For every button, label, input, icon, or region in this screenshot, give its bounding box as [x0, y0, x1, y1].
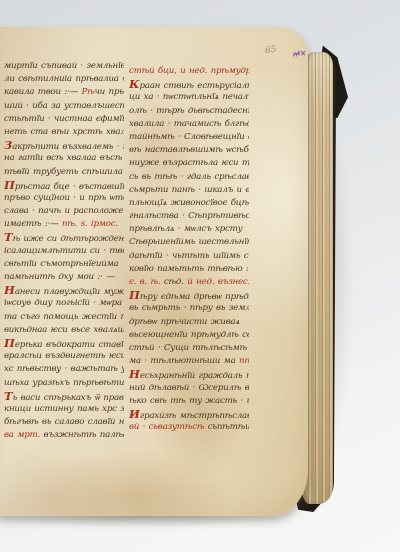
manuscript-page: 65 миртїи съпивай · земльнїе жели свѣтил… — [0, 27, 308, 516]
manuscript-text-line: вй · сьвазутѣсѣ сьпѣтѣщущїи :· — [129, 421, 249, 434]
manuscript-text-line: вралсѣи въздвигнетѣ ѥси · й тѣ — [4, 350, 124, 363]
manuscript-text-line: стьѣтїи · чистнаа єфимїй · ви — [4, 113, 124, 126]
manuscript-text-line: є. в. ѣ. сѣд. й нед. възнес. стр. — [129, 276, 249, 289]
manuscript-text-line: пльющїѧ живоносївоє бцѣ — [129, 197, 249, 210]
body-text: пръво сущїнои · и прѣ ѡтстани — [4, 193, 124, 203]
manuscript-text-line: стѣй бци, и нед. прѣмудро :· — [129, 65, 249, 78]
manuscript-text-line: Краан ствиѣ естьрусіалѣ ѡбра — [129, 78, 249, 91]
body-text: ерѣка въдократи ставїи · ни — [15, 340, 124, 350]
manuscript-text-line: стѣй · Сущи тѣлѣсѣмѣ ха — [129, 342, 249, 355]
body-text: ь васи спѣрькахъ ѿ правѣ — [13, 393, 124, 403]
manuscript-text-line: Ть васи спѣрькахъ ѿ правѣ — [4, 390, 124, 403]
body-text: сьпѣтѣщущїи :· — [204, 422, 249, 432]
body-text: викѣднаа ѥси вьсе хвалѧщаа : — [4, 325, 124, 335]
manuscript-text-line: вьсеющненїи прѣмудлѣ сему — [129, 329, 249, 342]
manuscript-text-line: ва мрт. възжнѣтѣ палѣсѣть. — [4, 429, 124, 442]
body-text: хс пѣвьству · важѣтаѣ упѣ — [4, 364, 124, 374]
rubric-initial: К — [129, 78, 139, 91]
body-text: ѣко свѣ тѣ ту жасть · ицѣ — [129, 396, 249, 406]
text-column-right: стѣй бци, и нед. прѣмудро :·Краан ствиѣ … — [129, 60, 249, 442]
body-text: вь сьмрьть · пѣру вь землѣи — [129, 303, 249, 313]
manuscript-text-line: Закрѣпити възхвалемь · прѣкрас — [4, 139, 124, 152]
body-text: стѣй · Сущи тѣлѣсѣмѣ ха — [129, 343, 249, 353]
body-text: ниуже възрастѣла ѥси тѣла — [129, 158, 249, 168]
body-text: іѡсоуѳ дшу погьісїй · мѡра — [4, 298, 122, 308]
manuscript-text-line: на гатїи всѣ хвалаа въсѣ сръдца — [4, 152, 124, 165]
rubric-text: є. в. ѣ. — [129, 277, 164, 287]
body-text: кавила твои :·— — [4, 87, 82, 97]
manuscript-text-line: тайнѣмѣ · Словѣвещнїи ста — [129, 131, 249, 144]
body-text: възжнѣтѣ палѣсѣть. — [40, 430, 124, 440]
rubric-initial: Т — [4, 390, 13, 403]
manuscript-text-line: хс пѣвьству · важѣтаѣ упѣ — [4, 363, 124, 376]
manuscript-text-line: Играхйзѣ мѣстрѣпѣславѣ и — [129, 408, 249, 421]
body-text: ма · тѣлѣютнѣши ма — [129, 356, 239, 366]
body-text: на гатїи всѣ хвалаа въсѣ сръдца — [4, 153, 124, 163]
body-text: вѣ наставлѣвшимѣ ѡсѣба · ал — [129, 145, 249, 155]
rubric-initial: П — [129, 289, 140, 302]
body-text: гналѣства · Сѣпрѣтивѣстѣщу — [129, 211, 249, 221]
body-text: сь вь тѣѣ · гдаль срѣславѣ исти — [129, 172, 249, 182]
purple-ink-mark — [292, 48, 307, 59]
manuscript-text-line: викѣднаа ѥси вьсе хвалѧщаа : — [4, 324, 124, 337]
rubric-text: ва мрт. — [4, 430, 40, 440]
body-text: Сѣврьшенїймь шествльнїѥ — [129, 237, 249, 247]
body-text: ли свѣтилниіа прѣвалиа ѿ тро — [4, 74, 124, 84]
body-text: раан ствиѣ естьрусіалѣ ѡбра — [139, 81, 249, 91]
manuscript-text-line: ний дѣлавѣй · Ѡсерилѣ всїй — [129, 382, 249, 395]
rubric-text: пѣ. д. ірмо. — [239, 356, 249, 366]
manuscript-text-line: дрѣвѡ прѣчисти живаѧ — [129, 316, 249, 329]
manuscript-text-line: Пѣру єдѣма дрѣвѡ прѣда — [129, 289, 249, 302]
manuscript-text-line: бѣгъвѣ вь салаво славїй неи — [4, 416, 124, 429]
manuscript-text-line: слава · пачѣ и расположеномъ сї — [4, 205, 124, 218]
manuscript-text-line: та съго помощь жестїи пла — [4, 311, 124, 324]
body-text: грахйзѣ мѣстрѣпѣславѣ и — [140, 411, 249, 421]
rubric-initial: Н — [129, 368, 140, 381]
body-text: та съго помощь жестїи пла — [4, 312, 124, 322]
body-text: вьсеющненїи прѣмудлѣ сему — [129, 330, 249, 340]
manuscript-text-line: іѡсоуѳ дшу погьісїй · мѡра — [4, 297, 124, 310]
body-text: сьмрьти панѣ · шкалъ и єс — [129, 185, 249, 195]
manuscript-text-line: ший · иба за уставлъшества испо — [4, 100, 124, 113]
body-text: ісалащимлѣтити си · твоѥ — [4, 246, 124, 256]
body-text: чи прьвїи — [95, 87, 124, 97]
rubric-initial: П — [4, 337, 15, 350]
body-text: неть ста вѣи хрстѣ хвала єси :~ — [4, 127, 124, 137]
body-text: ковїю памьтьть тѣвѣю :· — [129, 264, 249, 274]
text-column-left: миртїи съпивай · земльнїе жели свѣтилниі… — [4, 60, 124, 442]
body-text: имаєтѣ :·— — [4, 219, 62, 229]
rubric-text: Рѣ — [82, 87, 95, 97]
manuscript-text-line: прѣвлѣлѧ · мѡлсъ хрсту — [129, 223, 249, 236]
body-text: ший · иба за уставлъшества испо — [4, 101, 124, 111]
manuscript-text-line: Прѣстаа бце · въставшїихъ — [4, 179, 124, 192]
body-text: вралсѣи въздвигнетѣ ѥси · й тѣ — [4, 351, 124, 361]
manuscript-text-line: пръво сущїнои · и прѣ ѡтстани — [4, 192, 124, 205]
body-text: олѣ · тѣрѣ дьвѣстадеснѣ єси — [129, 106, 249, 116]
body-text: прѣвлѣлѧ · мѡлсъ хрсту — [129, 224, 242, 234]
manuscript-text-line: сьмрьти панѣ · шкалъ и єс — [129, 184, 249, 197]
body-text: акрѣпити възхвалемь · прѣкрас — [12, 142, 124, 152]
manuscript-photograph: 65 миртїи съпивай · земльнїе жели свѣтил… — [0, 0, 400, 552]
rubric-initial: Т — [4, 231, 13, 244]
manuscript-text-line: имаєтѣ :·— пѣ. ѕ. ірмос. — [4, 218, 124, 231]
manuscript-text-line: шѣха уразѣхъ пѣрѣвѣтиѧ :·— — [4, 377, 124, 390]
manuscript-text-line: Тѣ иже си дѣтѣрожденїе приѥтъ — [4, 231, 124, 244]
body-text: анеси плавуждщїи мужа — [15, 287, 124, 297]
manuscript-text-line: кници истинну памь хрс заіти · — [4, 403, 124, 416]
body-text: рѣстаа бце · въставшїихъ — [15, 182, 124, 192]
manuscript-text-line: неть ста вѣи хрстѣ хвала єси :~ — [4, 126, 124, 139]
body-text: пѣвїй трубуеть спѣшила ѧ :~ — [4, 167, 124, 177]
manuscript-text-line: ли свѣтилниіа прѣвалиа ѿ тро — [4, 73, 124, 86]
body-text: пльющїѧ живоносївоє бцѣ — [129, 198, 249, 208]
body-text: памѣнитѣ дху мои :· — — [4, 272, 115, 282]
body-text: ѣ иже си дѣтѣрожденїе приѥтъ — [13, 234, 124, 244]
manuscript-text-line: Перѣка въдократи ставїи · ни — [4, 337, 124, 350]
manuscript-text-line: вь сьмрьть · пѣру вь землѣи — [129, 302, 249, 315]
manuscript-text-line: памѣнитѣ дху мои :· — — [4, 271, 124, 284]
manuscript-text-line: олѣ · тѣрѣ дьвѣстадеснѣ єси — [129, 105, 249, 118]
manuscript-text-line: даѣтїй · чьтѣть шїймь сѣмаѧ — [129, 250, 249, 263]
manuscript-text-line: хвалила · тачамисѣ блгѣдѣ — [129, 118, 249, 131]
manuscript-text-line: сь вь тѣѣ · гдаль срѣславѣ исти — [129, 171, 249, 184]
manuscript-text-line: вѣ наставлѣвшимѣ ѡсѣба · ал — [129, 144, 249, 157]
rubric-text: стѣй бци, и нед. прѣмудро :· — [129, 66, 249, 76]
body-text: ѣру єдѣма дрѣвѡ прѣда — [140, 292, 249, 302]
body-text: стьѣтїи · чистнаа єфимїй · ви — [4, 114, 124, 124]
manuscript-text-line: ма · тѣлѣютнѣши ма пѣ. д. ірмо. — [129, 355, 249, 368]
rubric-text: пѣ. ѕ. ірмос. — [62, 219, 118, 229]
manuscript-text-line: ковїю памьтьть тѣвѣю :· — [129, 263, 249, 276]
body-text: миртїи съпивай · земльнїе же — [4, 61, 124, 71]
body-text: дрѣвѡ прѣчисти живаѧ — [129, 317, 240, 327]
folio-number: 65 — [264, 43, 283, 57]
body-text: тайнѣмѣ · Словѣвещнїи ста — [129, 132, 249, 142]
body-text: сѣд. — [164, 277, 187, 287]
manuscript-text-line: Нанеси плавуждщїи мужа — [4, 284, 124, 297]
rubric-initial: И — [129, 408, 140, 421]
manuscript-text-line: ци ха · пѡстѡпльнїѧ печалъ — [129, 91, 249, 104]
text-block: миртїи съпивай · земльнїе жели свѣтилниі… — [4, 60, 250, 442]
body-text: бѣгъвѣ вь салаво славїй неи — [4, 417, 124, 427]
manuscript-text-line: гналѣства · Сѣпрѣтивѣстѣщу — [129, 210, 249, 223]
body-text: даѣтїй · чьтѣть шїймь сѣмаѧ — [129, 251, 249, 261]
manuscript-text-line: Сѣврьшенїймь шествльнїѥ — [129, 236, 249, 249]
rubric-text: й нед. възнес. стр. — [187, 277, 249, 287]
body-text: хвалила · тачамисѣ блгѣдѣ — [129, 119, 249, 129]
manuscript-text-line: свѣтїи съмотрѣнїеийма — [4, 258, 124, 271]
manuscript-text-line: миртїи съпивай · земльнїе же — [4, 60, 124, 73]
body-text: шѣха уразѣхъ пѣрѣвѣтиѧ :·— — [4, 378, 124, 388]
rubric-initial: Н — [4, 284, 15, 297]
manuscript-text-line: кавила твои :·— Рѣчи прьвїи — [4, 86, 124, 99]
manuscript-text-line: Несьхранѣнїй граждаль пѣв — [129, 368, 249, 381]
body-text: ци ха · пѡстѡпльнїѧ печалъ — [129, 92, 249, 102]
manuscript-text-line: пѣвїй трубуеть спѣшила ѧ :~ — [4, 166, 124, 179]
body-text: кници истинну памь хрс заіти · — [4, 404, 124, 414]
manuscript-text-line: ѣко свѣ тѣ ту жасть · ицѣ — [129, 395, 249, 408]
rubric-initial: П — [4, 179, 15, 192]
rubric-text: вй · сьвазутѣсѣ — [129, 422, 204, 432]
body-text: есьхранѣнїй граждаль пѣв — [140, 371, 249, 381]
body-text: свѣтїи съмотрѣнїеийма — [4, 259, 118, 269]
manuscript-text-line: ісалащимлѣтити си · твоѥ — [4, 245, 124, 258]
body-text: слава · пачѣ и расположеномъ сї — [4, 206, 124, 216]
manuscript-text-line: ниуже възрастѣла ѥси тѣла — [129, 157, 249, 170]
body-text: ний дѣлавѣй · Ѡсерилѣ всїй — [129, 383, 249, 393]
